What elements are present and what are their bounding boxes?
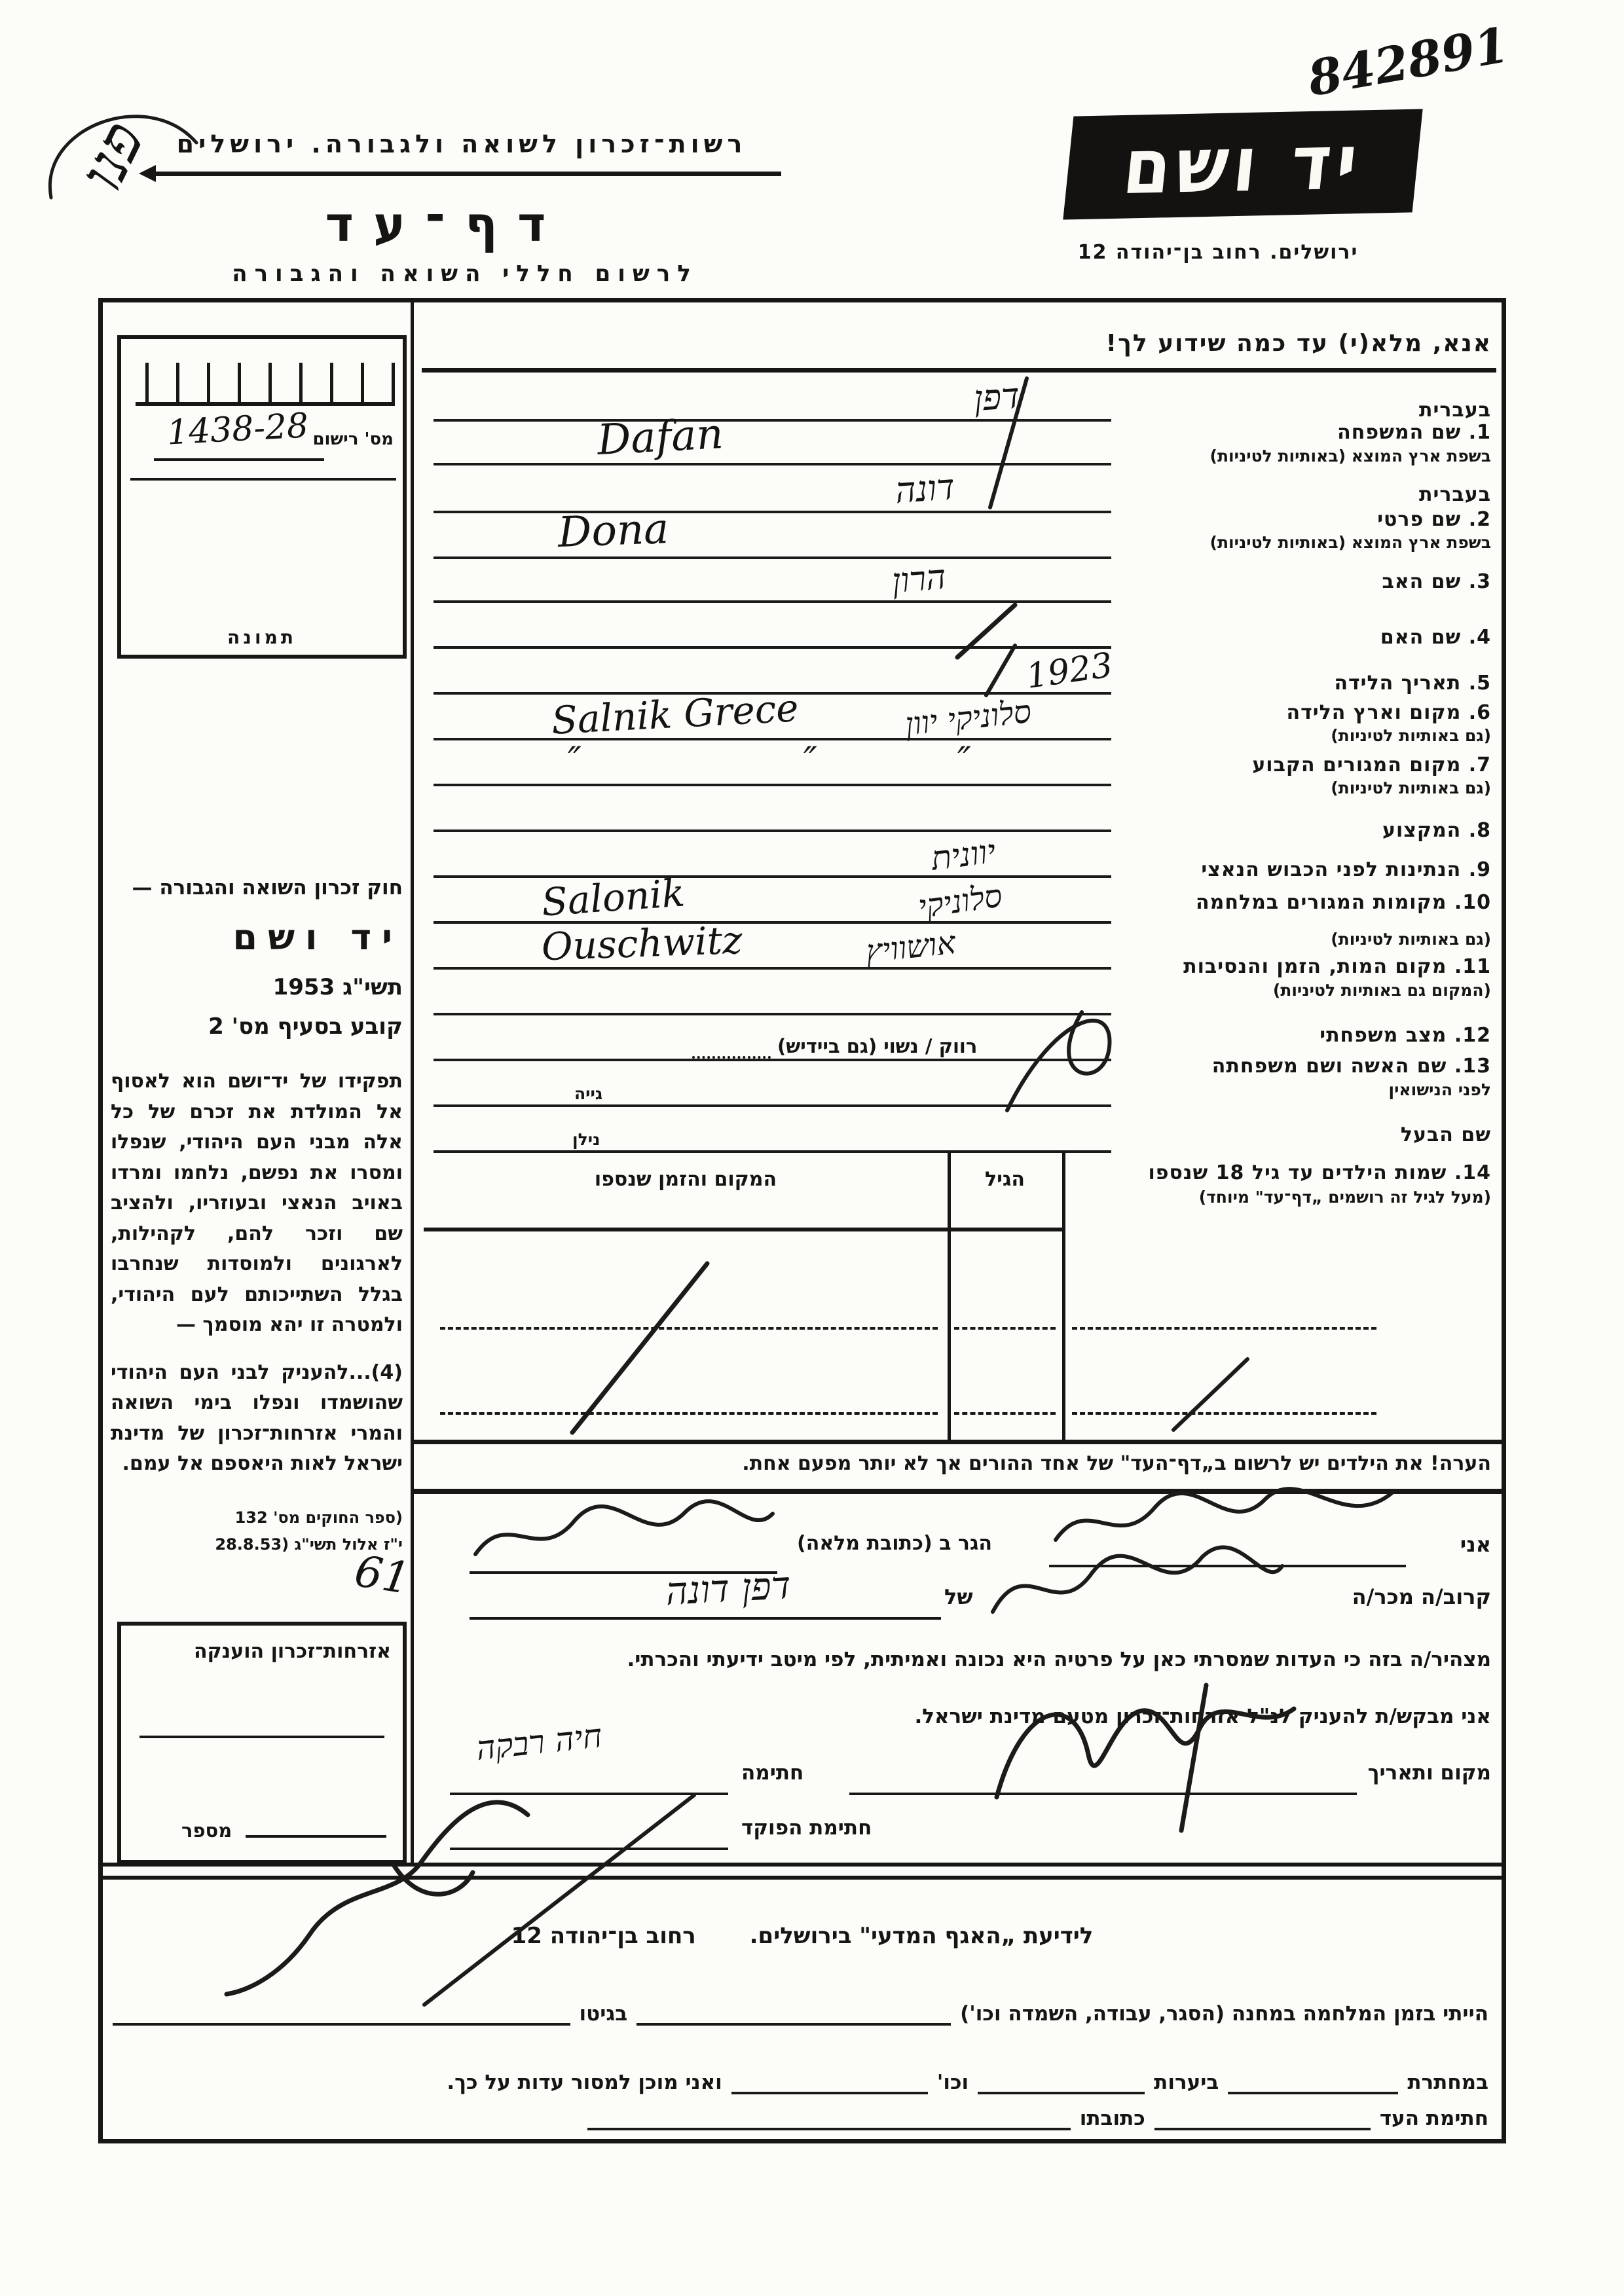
place-date-line <box>849 1793 1357 1795</box>
section-double-rule <box>103 1863 1502 1880</box>
field-label-mother: 4. שם האם <box>1098 627 1491 649</box>
authority-title: רשות־זכרון לשואה ולגבורה. ירושלים <box>151 130 773 158</box>
answer-line-death-place: Ouschwitz אושוויץ <box>434 925 1111 970</box>
marital-dotted-segment <box>692 1036 771 1059</box>
field-label-given-name: 2. שם פרטי <box>1098 509 1491 531</box>
children-table-row-line-1b <box>954 1327 1056 1330</box>
field-label-marital-status: 12. מצב משפחתי <box>1098 1025 1491 1047</box>
children-table-header-age: הגיל <box>948 1168 1062 1191</box>
form-title: דף־עד <box>282 196 609 253</box>
witness-address-blank-line <box>587 2104 1071 2130</box>
relative-acquaintance-label: קרוב/ה מכר/ה <box>1352 1584 1491 1609</box>
field-label-citizenship: 9. הנתינות לפני הכבוש הנאצי <box>1098 859 1491 881</box>
camp-blank-line <box>637 1999 951 2026</box>
answer-line-family-latin: Dafan <box>434 421 1111 465</box>
instruction-rule <box>422 368 1496 373</box>
signature-label: חתימה <box>741 1761 803 1785</box>
citizenship-handwriting: יוונית <box>929 832 998 878</box>
field-sublabel-children: (מעל לגיל זה רושמים „דף־עד" מיוחד) <box>1098 1188 1491 1207</box>
answer-line-marital-status: רווק / נשוי (גם ביידיש) <box>434 1017 1111 1061</box>
form-frame: מס' רישום 1438-28 תמונה חוק זכרון השואה … <box>98 298 1506 2143</box>
forests-label: ביערות <box>1154 2071 1219 2094</box>
field-pre-label-hebrew-2: בעברית <box>1098 484 1491 506</box>
wife-line-tag: גייה <box>574 1084 602 1103</box>
form-subtitle: לרשום חללי השואה והגבורה <box>183 261 747 287</box>
notice-address: רחוב בן־יהודה 12 <box>511 1923 696 1949</box>
ready-to-testify-label: ואני מוכן למסור עדות על כך. <box>447 2071 722 2094</box>
victim-name-line <box>470 1617 941 1620</box>
photo-label: תמונה <box>121 627 403 648</box>
declarant-name-line <box>1049 1565 1406 1567</box>
field-label-birth-place: 6. מקום וארץ הלידה <box>1098 702 1491 724</box>
children-table-bottom-rule <box>414 1440 1502 1444</box>
husband-line-tag: נילן <box>572 1130 600 1149</box>
scan-number-handwriting: 842891 <box>1304 17 1513 107</box>
children-table-header-place: המקום והזמן שנספו <box>424 1168 948 1191</box>
answer-line-mother-name <box>434 604 1111 649</box>
registration-box: מס' רישום 1438-28 תמונה <box>117 335 407 659</box>
underground-blank-line <box>1228 2068 1398 2094</box>
answer-line-family-hebrew: דפן <box>434 377 1111 422</box>
underground-label: במחתרת <box>1407 2071 1488 2094</box>
children-table-header-rule <box>424 1228 1062 1231</box>
signature-line <box>450 1793 728 1795</box>
field-label-residence: 7. מקום המגורים הקבוע <box>1098 754 1491 776</box>
witness-signature-label: חתימת העד <box>1380 2107 1488 2130</box>
birth-place-hebrew-handwriting: סלוניקי יוון <box>904 693 1033 743</box>
registration-rule <box>130 478 396 481</box>
of-label: של <box>944 1584 973 1609</box>
witness-signature-row: חתימת העד כתובתו <box>587 2104 1488 2130</box>
field-label-wife-name: 13. שם האשה ושם משפחתה <box>1098 1055 1491 1078</box>
witness-address-label: כתובתו <box>1080 2107 1145 2130</box>
witness-signature-blank-line <box>1154 2104 1371 2130</box>
yad-vashem-logo: יד ושם <box>1063 109 1422 219</box>
note-bottom-rule <box>414 1489 1502 1494</box>
field-sublabel-death-place: (המקום גם באותיות לטיניות) <box>1098 981 1491 1000</box>
authority-underline <box>149 172 781 176</box>
ghetto-blank-line <box>113 1999 570 2026</box>
residence-ditto-mark-1: ″ <box>568 740 581 782</box>
war-residence-hebrew-handwriting: סלוניקי <box>916 877 1005 925</box>
answer-line-given-hebrew: דונה <box>434 469 1111 513</box>
children-table-divider-1 <box>948 1150 951 1440</box>
law-title-1: חוק זכרון השואה והגבורה — <box>111 872 403 903</box>
answer-line-war-residence: Salonik סלוניקי <box>434 879 1111 924</box>
law-clause-text: (4)...להעניק לבני העם היהודי שהושמדו ונפ… <box>111 1358 403 1480</box>
registrar-signature-label: חתימת הפוקד <box>741 1816 872 1840</box>
children-note: הערה! את הילדים יש לרשום ב„דף־העד" של אח… <box>430 1452 1491 1475</box>
field-label-children: 14. שמות הילדים עד גיל 18 שנספו <box>1098 1162 1491 1184</box>
grant-box-number-label: מספר <box>181 1819 232 1842</box>
field-label-death-place: 11. מקום המות, הזמן והנסיבות <box>1098 956 1491 978</box>
children-table-divider-2 <box>1062 1150 1065 1440</box>
notice-text: לידיעת „האגף המדעי" בירושלים. <box>750 1923 1094 1949</box>
answer-line-citizenship: יוונית <box>434 833 1111 878</box>
children-table-row-line-2b <box>954 1412 1056 1415</box>
law-title-4: קובע בסעיף מס' 2 <box>111 1010 403 1044</box>
answer-line-husband-name: נילן <box>434 1108 1111 1153</box>
registration-number-handwriting: 1438-28 <box>166 406 310 452</box>
registration-number-label: מס' רישום <box>312 429 394 449</box>
authority-underline-arrow <box>139 165 156 182</box>
law-body-text: תפקידו של יד־ושם הוא לאסוף אל המולדת את … <box>111 1066 403 1341</box>
children-table-row-line-2c <box>1072 1412 1376 1415</box>
forests-blank-line <box>978 2068 1145 2094</box>
comb-ruler <box>136 351 395 406</box>
answer-line-father-name: הרון <box>434 558 1111 603</box>
place-date-label: מקום ותאריך <box>1368 1761 1491 1785</box>
registration-underline <box>154 458 324 461</box>
war-residence-latin-handwriting: Salonik <box>540 870 686 924</box>
grant-box-line <box>139 1736 384 1738</box>
residence-ditto-mark-3: ″ <box>957 740 971 782</box>
residence-ditto-mark-2: ″ <box>803 740 817 782</box>
field-label-husband-name: שם הבעל <box>1098 1124 1491 1146</box>
yad-vashem-logo-text: יד ושם <box>1119 117 1367 211</box>
field-sublabel-birth-place: (גם באותיות לטיניות) <box>1098 726 1491 745</box>
declarant-resident-label: הגר ב (כתובת מלאה) <box>797 1532 992 1555</box>
field-sublabel-wife-name: לפני הנישואין <box>1098 1080 1491 1099</box>
scientific-branch-notice: לידיעת „האגף המדעי" בירושלים. רחוב בן־יה… <box>103 1923 1502 1949</box>
family-name-hebrew-handwriting: דפן <box>972 375 1021 420</box>
field-sublabel-given-name: בשפת ארץ המוצא (באותיות לטיניות) <box>1098 533 1491 552</box>
field-sublabel-war-residence: (גם באותיות לטיניות) <box>1098 930 1491 949</box>
field-label-family-name: 1. שם המשפחה <box>1098 422 1491 444</box>
answer-line-profession <box>434 788 1111 832</box>
grant-box-number-line <box>246 1835 386 1838</box>
father-name-handwriting: הרון <box>891 558 948 602</box>
victim-name-handwriting: דפן דונה <box>518 1555 939 1621</box>
registrar-signature-line <box>450 1848 728 1850</box>
law-title-3: תשי"ג 1953 <box>111 970 403 1005</box>
answer-line-birth-place: Salnik Grece סלוניקי יוון <box>434 696 1111 740</box>
war-experience-label: הייתי בזמן המלחמה במחנה (הסגר, עבודה, הש… <box>960 2002 1488 2026</box>
answer-line-wife-name: גייה <box>434 1063 1111 1107</box>
children-table-row-line-1c <box>1072 1327 1376 1330</box>
corner-mark-handwriting: פנו <box>65 111 158 201</box>
answer-line-death-extra <box>434 971 1111 1015</box>
death-place-latin-handwriting: Ouschwitz <box>541 918 743 970</box>
field-sublabel-residence: (גם באותיות לטיניות) <box>1098 778 1491 797</box>
logo-address: ירושלים. רחוב בן־יהודה 12 <box>1022 241 1414 264</box>
death-place-hebrew-handwriting: אושוויץ <box>864 924 957 970</box>
etc-label: וכו' <box>937 2071 969 2094</box>
field-pre-label-hebrew-1: בעברית <box>1098 399 1491 422</box>
field-label-war-residence: 10. מקומות המגורים במלחמה <box>1098 892 1491 914</box>
answer-line-given-latin: Dona <box>434 515 1111 559</box>
marital-options-text: רווק / נשוי (גם ביידיש) <box>777 1035 977 1057</box>
fill-in-instruction: אנא, מלא(י) עד כמה שידוע לך! <box>902 330 1492 357</box>
ghetto-label: בגיטו <box>580 2002 628 2026</box>
declarant-i-label: אני <box>1460 1532 1491 1557</box>
law-source-line-1: (ספר החוקים מס' 132 <box>111 1506 403 1530</box>
given-name-hebrew-handwriting: דונה <box>894 466 956 511</box>
children-table-row-line-2a <box>440 1412 938 1415</box>
declaration-statement: מצהיר/ה בזה כי העדות שמסרתי כאן על פרטיה… <box>437 1648 1491 1671</box>
field-label-father: 3. שם האב <box>1098 571 1491 593</box>
field-sublabel-family-name: בשפת ארץ המוצא (באותיות לטיניות) <box>1098 446 1491 465</box>
law-title-2: יד ושם <box>111 910 403 965</box>
given-name-latin-handwriting: Dona <box>557 505 670 557</box>
family-name-latin-handwriting: Dafan <box>596 410 724 465</box>
daf-ed-testimony-page: 842891 פנו רשות־זכרון לשואה ולגבורה. ירו… <box>0 0 1624 2296</box>
address-number-handwriting: 61 <box>351 1546 413 1604</box>
underground-row: במחתרת ביערות וכו' ואני מוכן למסור עדות … <box>113 2068 1488 2094</box>
etc-blank-line <box>731 2068 928 2094</box>
law-block: חוק זכרון השואה והגבורה — יד ושם תשי"ג 1… <box>111 872 403 1557</box>
field-label-profession: 8. המקצוע <box>1098 820 1491 842</box>
citizenship-grant-box: אזרחות־זכרון הוענקה מספר <box>117 1622 407 1864</box>
war-experience-row: הייתי בזמן המלחמה במחנה (הסגר, עבודה, הש… <box>113 1999 1488 2026</box>
field-label-birth-date: 5. תאריך הלידה <box>1098 672 1491 695</box>
answer-line-residence: ″ ″ ″ <box>434 742 1111 786</box>
children-table-row-line-1a <box>440 1327 938 1330</box>
grant-box-title: אזרחות־זכרון הוענקה <box>194 1640 391 1663</box>
